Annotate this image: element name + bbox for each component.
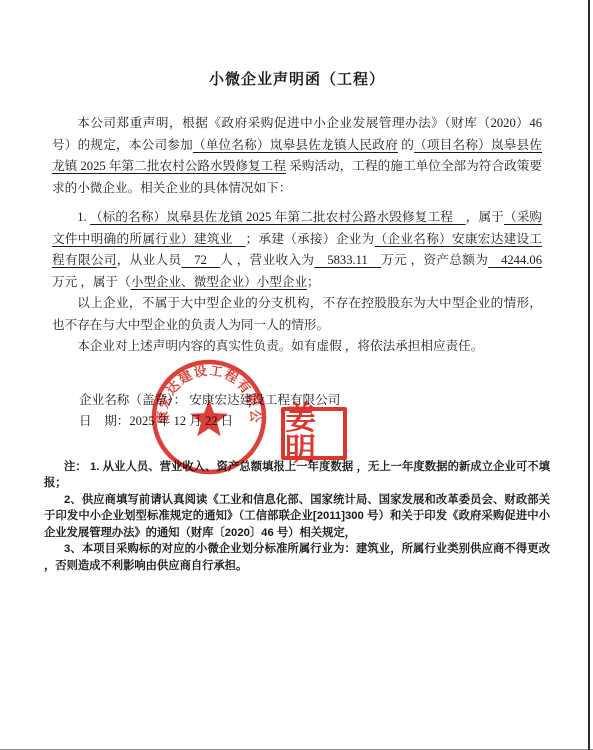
document-body: 小微企业声明函（工程） 本公司郑重声明，根据《政府采购促进中小企业发展管理办法》… <box>52 68 542 574</box>
assets-field: 4244.06 <box>488 253 542 267</box>
notes-block: 注： 1. 从业人员、营业收入、资产总额填报上一年度数据 ，无上一年度数据的新成… <box>44 459 550 575</box>
text-segment: ； <box>307 275 320 289</box>
company-name: 安康宏达建设工程有限公司 <box>189 393 340 407</box>
text-segment: 的 <box>398 138 414 152</box>
scan-edge-line <box>588 0 590 750</box>
text-segment: 万元 ，属于（ <box>52 275 131 289</box>
text-segment: ，属于 <box>466 210 504 224</box>
declaration-document-page: 小微企业声明函（工程） 本公司郑重声明，根据《政府采购促进中小企业发展管理办法》… <box>0 0 593 750</box>
item-number: 1. <box>77 210 90 224</box>
signature-block: 企业名称（盖章）： 安康宏达建设工程有限公司 日 期：2025 年 12 月 2… <box>79 390 542 433</box>
paragraph-declaration: 本公司郑重声明，根据《政府采购促进中小企业发展管理办法》（财库（2020）46 … <box>52 113 542 199</box>
paragraph-branch-statement: 以上企业，不属于大中型企业的分支机构，不存在控股股东为大中型企业的情形，也不存在… <box>52 293 542 336</box>
paragraph-item-1: 1. （标的名称）岚皋县佐龙镇 2025 年第二批农村公路水毁修复工程 ，属于（… <box>52 207 542 293</box>
revenue-field: 5833.11 <box>314 253 381 267</box>
paragraph-responsibility: 本企业对上述声明内容的真实性负责。如有虚假 ，将依法承担相应责任。 <box>52 336 542 358</box>
text-segment: 万元 ，资产总额为 <box>381 253 488 267</box>
declaration-text: 本公司郑重声明，根据《政府采购促进中小企业发展管理办法》（财库（2020）46 … <box>52 113 542 358</box>
text-segment: 人 ，营业收入为 <box>220 253 314 267</box>
text-segment: ，从业人员 <box>117 253 182 267</box>
company-label: 企业名称（盖章）： <box>79 393 189 407</box>
date-line: 日 期：2025 年 12 月 22 日 <box>79 411 542 433</box>
subject-name-field: （标的名称）岚皋县佐龙镇 2025 年第二批农村公路水毁修复工程 <box>90 210 466 224</box>
enterprise-type-field: 小型企业、微型企业）小型企业 <box>131 275 307 289</box>
page-title: 小微企业声明函（工程） <box>52 68 542 89</box>
note-3: 3、本项目采购标的对应的小微企业划分标准所属行业为：建筑业，所属行业类别供应商不… <box>44 541 550 574</box>
note-2: 2、供应商填写前请认真阅读《工业和信息化部、国家统计局、国家发展和改革委员会、财… <box>44 492 550 542</box>
note-1: 注： 1. 从业人员、营业收入、资产总额填报上一年度数据 ，无上一年度数据的新成… <box>44 459 550 492</box>
employees-field: 72 <box>181 253 220 267</box>
unit-name-field: （单位名称）岚皋县佐龙镇人民政府 <box>193 138 398 152</box>
text-segment: ；承建（承接）企业为 <box>246 232 375 246</box>
company-seal-line: 企业名称（盖章）： 安康宏达建设工程有限公司 <box>79 390 542 412</box>
